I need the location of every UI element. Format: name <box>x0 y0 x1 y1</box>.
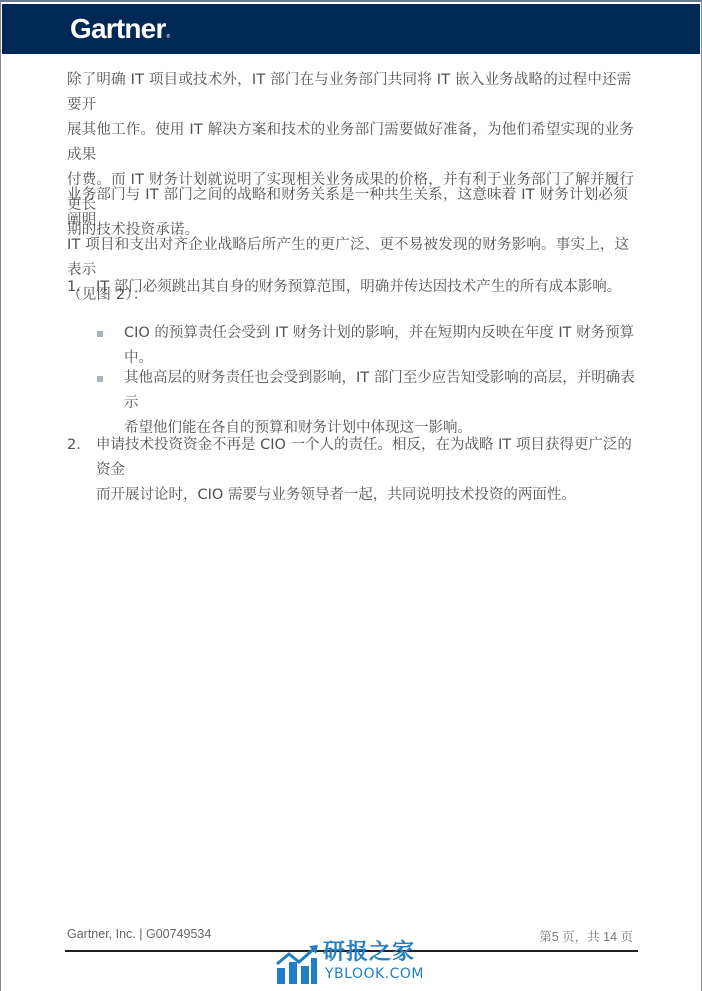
logo-text: Gartner <box>70 13 166 44</box>
footer-document-id: Gartner, Inc. | G00749534 <box>67 927 211 941</box>
sub-list-text: 其他高层的财务责任也会受到影响，IT 部门至少应告知受影响的高层，并明确表示希望… <box>124 366 639 441</box>
list-line: 申请技术投资资金不再是 CIO 一个人的责任。相反，在为战略 IT 项目获得更广… <box>96 437 632 478</box>
square-bullet-icon <box>97 331 103 337</box>
list-number: 2. <box>67 433 91 458</box>
paragraph-line: 业务部门与 IT 部门之间的战略和财务关系是一种共生关系，这意味着 IT 财务计… <box>67 187 628 228</box>
chart-growth-icon <box>275 944 319 984</box>
registered-mark: ® <box>167 34 170 40</box>
sub-list-line: 其他高层的财务责任也会受到影响，IT 部门至少应告知受影响的高层，并明确表示 <box>124 370 635 411</box>
document-page: Gartner® 除了明确 IT 项目或技术外，IT 部门在与业务部门共同将 I… <box>0 0 702 991</box>
gartner-logo: Gartner® <box>70 12 169 54</box>
header-bar: Gartner® <box>2 4 700 54</box>
paragraph-line: 展其他工作。使用 IT 解决方案和技术的业务部门需要做好准备，为他们希望实现的业… <box>67 122 634 163</box>
list-text: IT 部门必须跳出其自身的财务预算范围，明确并传达因技术产生的所有成本影响。 <box>96 275 636 300</box>
paragraph-line: 除了明确 IT 项目或技术外，IT 部门在与业务部门共同将 IT 嵌入业务战略的… <box>67 72 631 113</box>
list-line: 而开展讨论时，CIO 需要与业务领导者一起，共同说明技术投资的两面性。 <box>96 487 576 503</box>
sub-list-text: CIO 的预算责任会受到 IT 财务计划的影响，并在短期内反映在年度 IT 财务… <box>124 321 639 371</box>
list-text: 申请技术投资资金不再是 CIO 一个人的责任。相反，在为战略 IT 项目获得更广… <box>96 433 636 508</box>
footer-page-number: 第5 页，共 14 页 <box>539 927 633 945</box>
list-number: 1. <box>67 275 91 300</box>
watermark: 研报之家 YBLOOK.COM <box>275 942 435 988</box>
watermark-en: YBLOOK.COM <box>325 966 424 982</box>
paragraph-line: IT 项目和支出对齐企业战略后所产生的更广泛、更不易被发现的财务影响。事实上，这… <box>67 237 629 278</box>
watermark-cn: 研报之家 <box>323 940 415 966</box>
square-bullet-icon <box>97 376 103 382</box>
